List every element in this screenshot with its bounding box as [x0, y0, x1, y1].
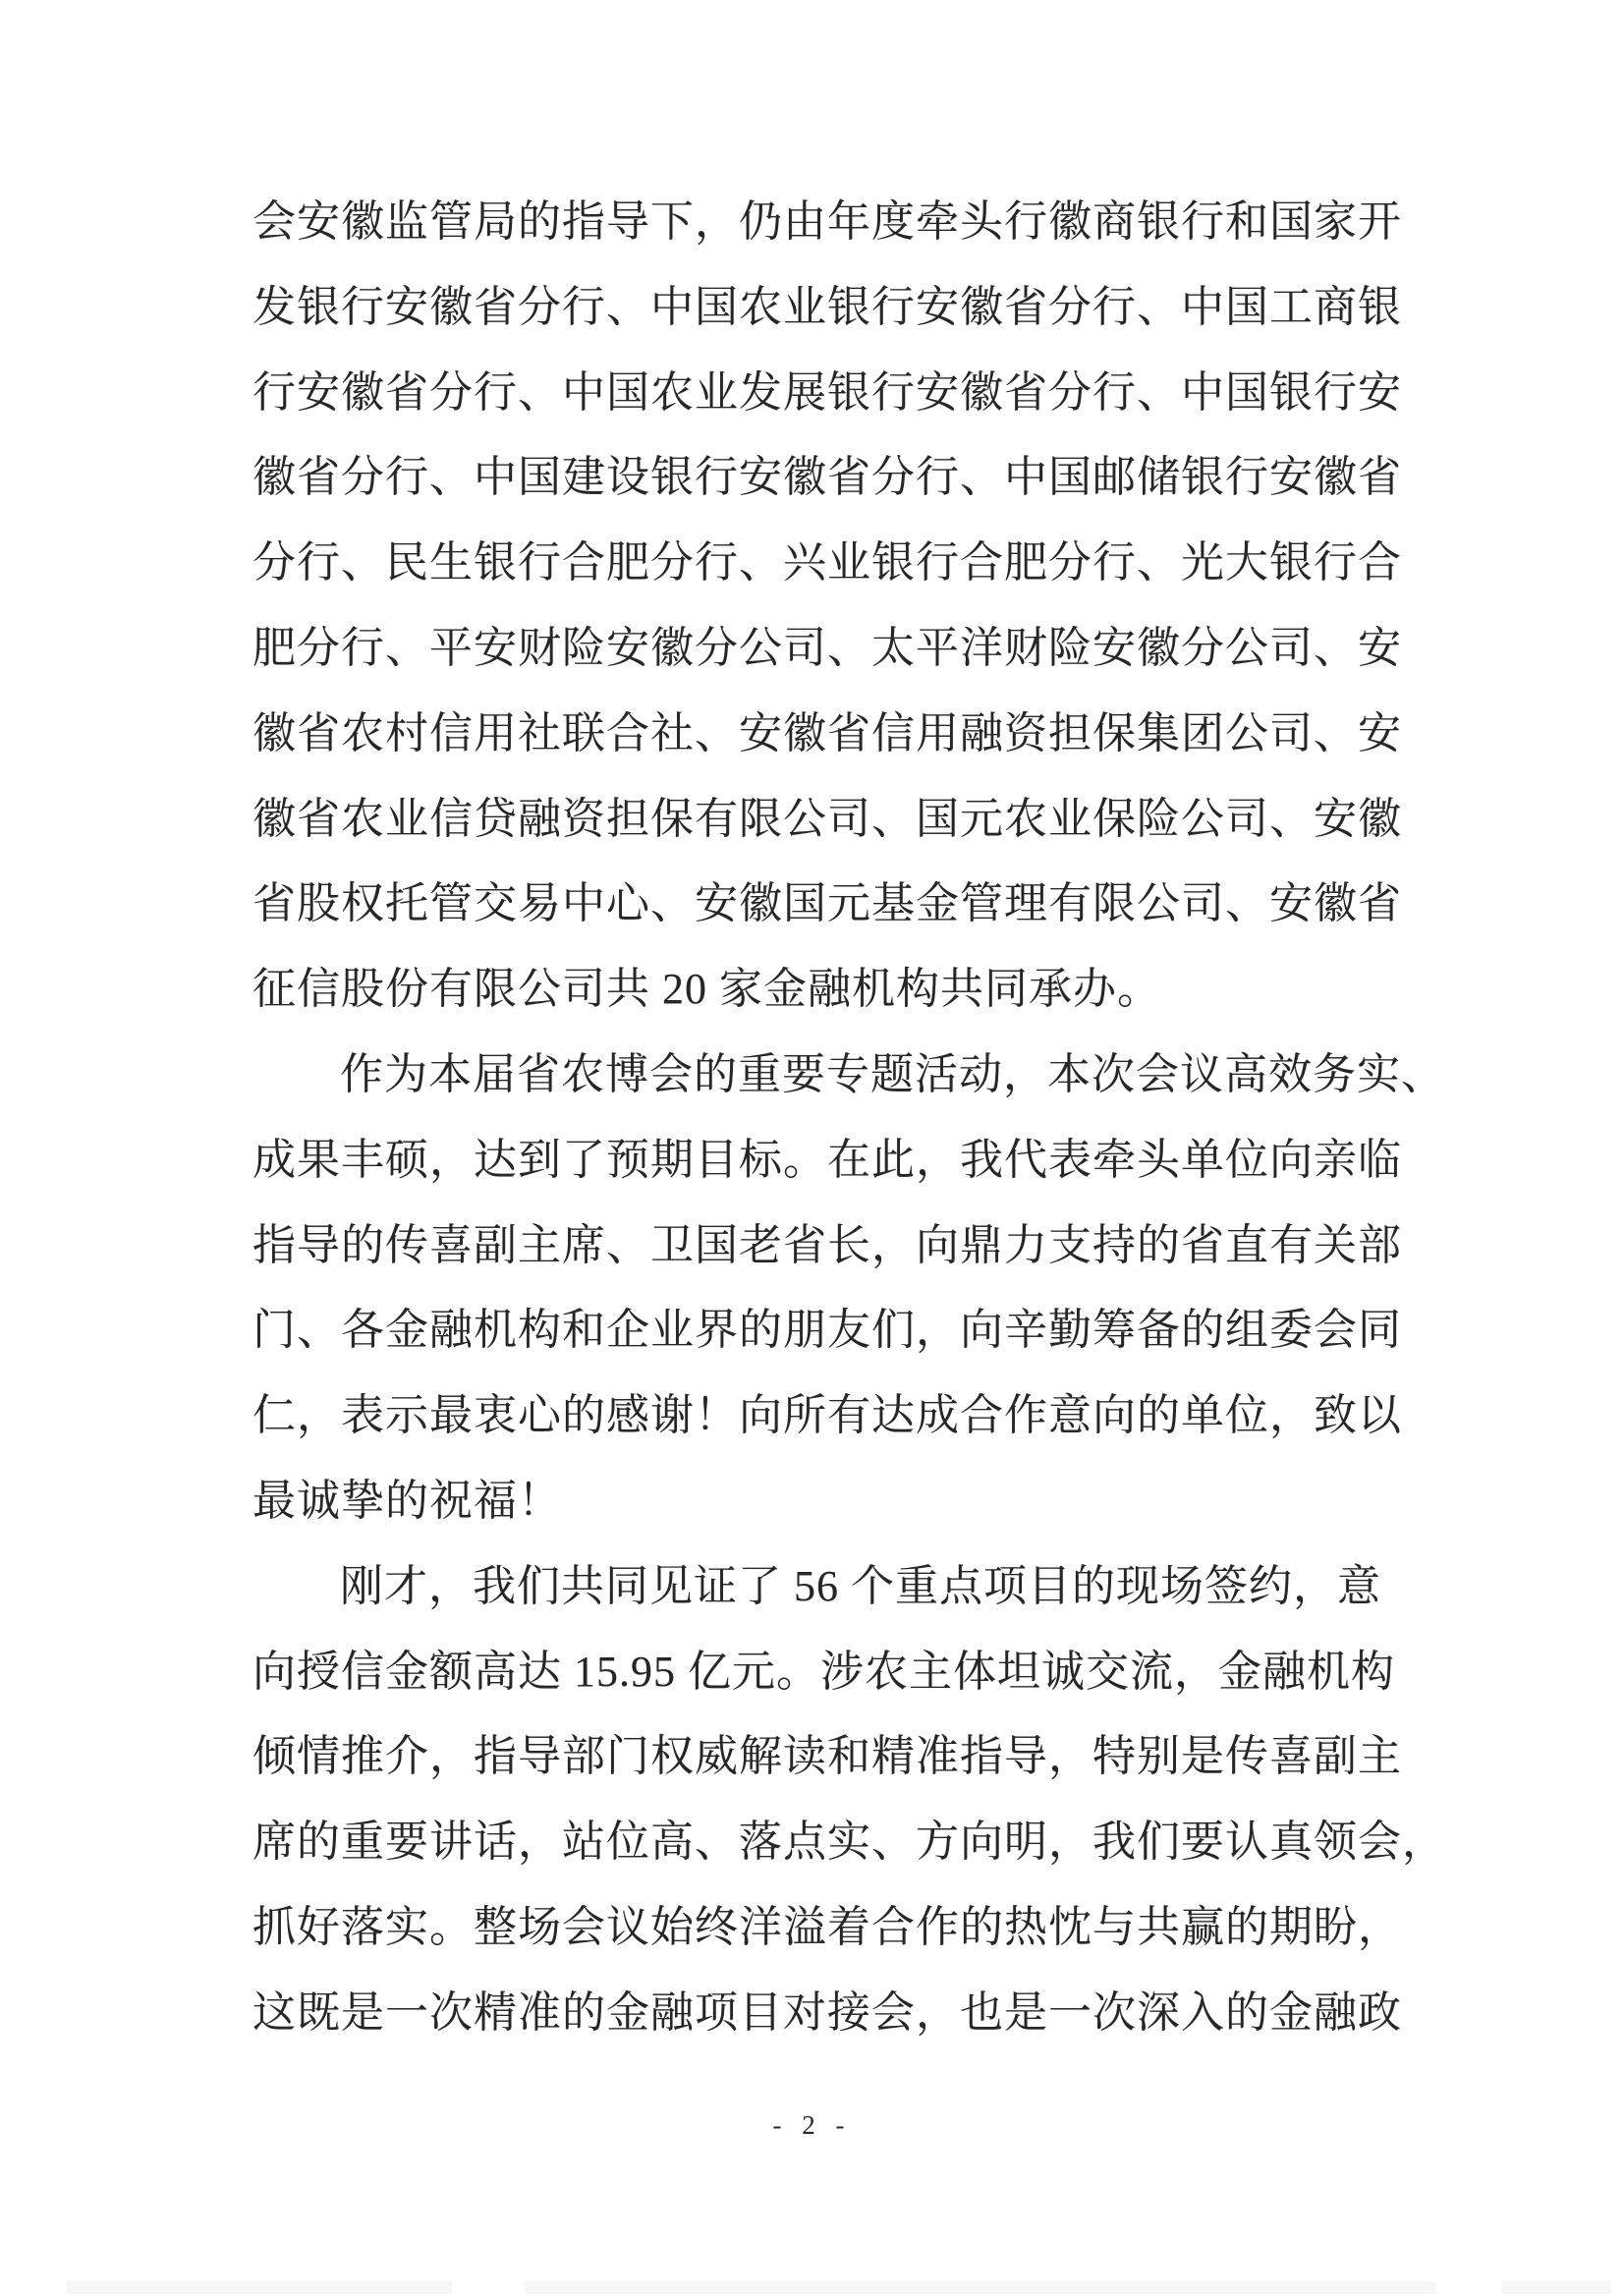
- text-line: 最诚挚的祝福！: [252, 1459, 1380, 1544]
- body-text: 会安徽监管局的指导下，仍由年度牵头行徽商银行和国家开 发银行安徽省分行、中国农业…: [252, 180, 1380, 2056]
- text-line: 征信股份有限公司共 20 家金融机构共同承办。: [252, 947, 1380, 1033]
- text-line: 向授信金额高达 15.95 亿元。涉农主体坦诚交流，金融机构: [252, 1630, 1380, 1715]
- scan-artifact: [525, 2281, 1436, 2294]
- text-line: 徽省分行、中国建设银行安徽省分行、中国邮储银行安徽省: [252, 435, 1380, 521]
- text-line: 门、各金融机构和企业界的朋友们，向辛勤筹备的组委会同: [252, 1288, 1380, 1373]
- text-line: 会安徽监管局的指导下，仍由年度牵头行徽商银行和国家开: [252, 180, 1380, 265]
- text-line: 席的重要讲话，站位高、落点实、方向明，我们要认真领会，: [252, 1800, 1380, 1885]
- text-line paragraph-start: 作为本届省农博会的重要专题活动，本次会议高效务实、: [252, 1033, 1380, 1118]
- text-line: 仁，表示最衷心的感谢！向所有达成合作意向的单位，致以: [252, 1373, 1380, 1459]
- text-line: 省股权托管交易中心、安徽国元基金管理有限公司、安徽省: [252, 862, 1380, 947]
- text-line: 倾情推介，指导部门权威解读和精准指导，特别是传喜副主: [252, 1714, 1380, 1800]
- text-line paragraph-start: 刚才，我们共同见证了 56 个重点项目的现场签约，意: [252, 1544, 1380, 1630]
- text-line: 成果丰硕，达到了预期目标。在此，我代表牵头单位向亲临: [252, 1118, 1380, 1203]
- page-number: - 2 -: [0, 2110, 1624, 2141]
- text-line: 徽省农村信用社联合社、安徽省信用融资担保集团公司、安: [252, 692, 1380, 777]
- scan-artifact: [1501, 2281, 1611, 2294]
- text-line: 徽省农业信贷融资担保有限公司、国元农业保险公司、安徽: [252, 777, 1380, 863]
- document-page: 会安徽监管局的指导下，仍由年度牵头行徽商银行和国家开 发银行安徽省分行、中国农业…: [0, 0, 1624, 2295]
- text-line: 这既是一次精准的金融项目对接会，也是一次深入的金融政: [252, 1971, 1380, 2056]
- text-line: 分行、民生银行合肥分行、兴业银行合肥分行、光大银行合: [252, 521, 1380, 606]
- text-line: 行安徽省分行、中国农业发展银行安徽省分行、中国银行安: [252, 351, 1380, 436]
- text-line: 抓好落实。整场会议始终洋溢着合作的热忱与共赢的期盼，: [252, 1885, 1380, 1971]
- scan-artifact: [67, 2281, 452, 2294]
- text-line: 肥分行、平安财险安徽分公司、太平洋财险安徽分公司、安: [252, 606, 1380, 692]
- text-line: 指导的传喜副主席、卫国老省长，向鼎力支持的省直有关部: [252, 1203, 1380, 1289]
- text-line: 发银行安徽省分行、中国农业银行安徽省分行、中国工商银: [252, 265, 1380, 351]
